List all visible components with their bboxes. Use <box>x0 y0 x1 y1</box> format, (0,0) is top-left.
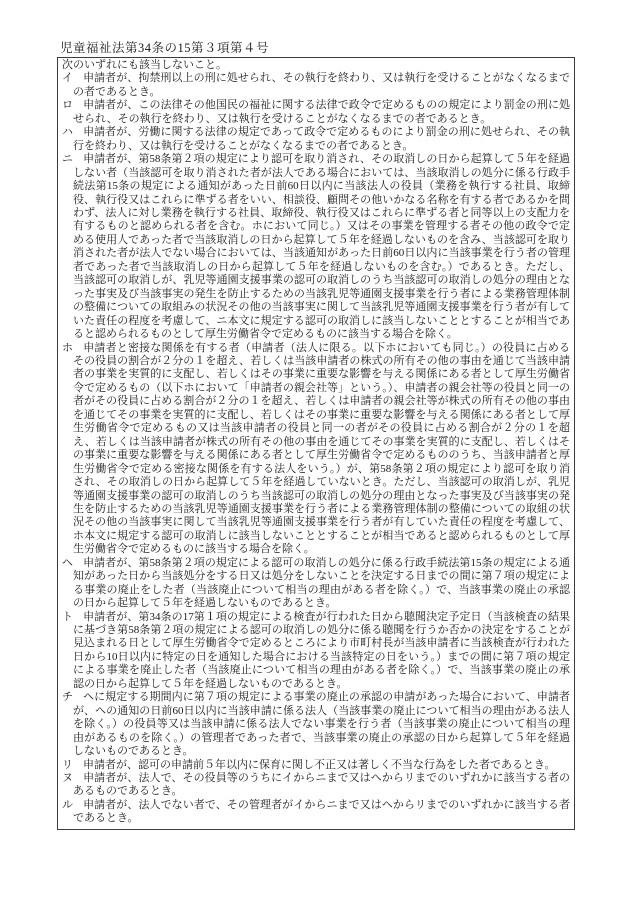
item-text-ri: 申請者が、認可の申請前５年以内に保育に関し不正又は著しく不当な行為をした者である… <box>83 759 556 771</box>
item-text-ho: 申請者と密接な関係を有する者（申請者（法人に限る。以下ホにおいても同じ。）の役員… <box>73 342 570 556</box>
provision-item-ho: ホ申請者と密接な関係を有する者（申請者（法人に限る。以下ホにおいても同じ。）の役… <box>62 342 570 557</box>
provision-intro: 次のいずれにも該当しないこと。 <box>62 59 570 72</box>
provision-item-ri: リ申請者が、認可の申請前５年以内に保育に関し不正又は著しく不当な行為をした者であ… <box>62 759 570 772</box>
document-page: 児童福祉法第34条の15第３項第４号 次のいずれにも該当しないこと。 イ申請者が… <box>0 0 630 830</box>
document-title: 児童福祉法第34条の15第３項第４号 <box>60 41 575 55</box>
item-label-nu: ヌ <box>62 772 73 784</box>
item-text-chi: ヘに規定する期間内に第７項の規定による事業の廃止の承認の申請があった場合において… <box>73 691 570 757</box>
provision-item-to: ト申請者が、第34条の17第１項の規定による検査が行われた日から聴聞決定予定日（… <box>62 611 570 692</box>
item-label-ru: ル <box>62 799 73 811</box>
item-label-ha: ハ <box>62 126 73 138</box>
item-label-he: ヘ <box>62 557 73 569</box>
provision-item-chi: チヘに規定する期間内に第７項の規定による事業の廃止の承認の申請があった場合におい… <box>62 691 570 758</box>
item-label-ro: ロ <box>62 99 73 111</box>
provision-item-ru: ル申請者が、法人でない者で、その管理者がイからニまで又はヘからリまでのいずれかに… <box>62 799 570 826</box>
item-label-to: ト <box>62 611 73 623</box>
item-text-ro: 申請者が、この法律その他国民の福祉に関する法律で政令で定めるものの規定により罰金… <box>73 99 570 124</box>
item-label-chi: チ <box>62 691 73 703</box>
provision-item-ro: ロ申請者が、この法律その他国民の福祉に関する法律で政令で定めるものの規定により罰… <box>62 99 570 126</box>
item-label-i: イ <box>62 72 73 84</box>
provision-item-he: ヘ申請者が、第58条第２項の規定による認可の取消しの処分に係る行政手続法第15条… <box>62 557 570 611</box>
item-text-ni: 申請者が、第58条第２項の規定により認可を取り消され、その取消しの日から起算して… <box>73 153 570 340</box>
provision-box: 次のいずれにも該当しないこと。 イ申請者が、拘禁刑以上の刑に処せられ、その執行を… <box>57 57 575 830</box>
item-text-to: 申請者が、第34条の17第１項の規定による検査が行われた日から聴聞決定予定日（当… <box>73 611 570 690</box>
item-text-ru: 申請者が、法人でない者で、その管理者がイからニまで又はヘからリまでのいずれかに該… <box>73 799 570 824</box>
item-text-i: 申請者が、拘禁刑以上の刑に処せられ、その執行を終わり、又は執行を受けることがなく… <box>73 72 570 97</box>
item-text-ha: 申請者が、労働に関する法律の規定であって政令で定めるものにより罰金の刑に処せられ… <box>73 126 570 151</box>
provision-item-i: イ申請者が、拘禁刑以上の刑に処せられ、その執行を終わり、又は執行を受けることがな… <box>62 72 570 99</box>
item-label-ni: ニ <box>62 153 73 165</box>
item-label-ri: リ <box>62 759 73 771</box>
provision-item-ni: ニ申請者が、第58条第２項の規定により認可を取り消され、その取消しの日から起算し… <box>62 153 570 341</box>
provision-item-ha: ハ申請者が、労働に関する法律の規定であって政令で定めるものにより罰金の刑に処せら… <box>62 126 570 153</box>
item-text-he: 申請者が、第58条第２項の規定による認可の取消しの処分に係る行政手続法第15条の… <box>73 557 570 609</box>
item-label-ho: ホ <box>62 342 73 354</box>
item-text-nu: 申請者が、法人で、その役員等のうちにイからニまで又はヘからリまでのいずれかに該当… <box>73 772 570 797</box>
provision-item-nu: ヌ申請者が、法人で、その役員等のうちにイからニまで又はヘからリまでのいずれかに該… <box>62 772 570 799</box>
